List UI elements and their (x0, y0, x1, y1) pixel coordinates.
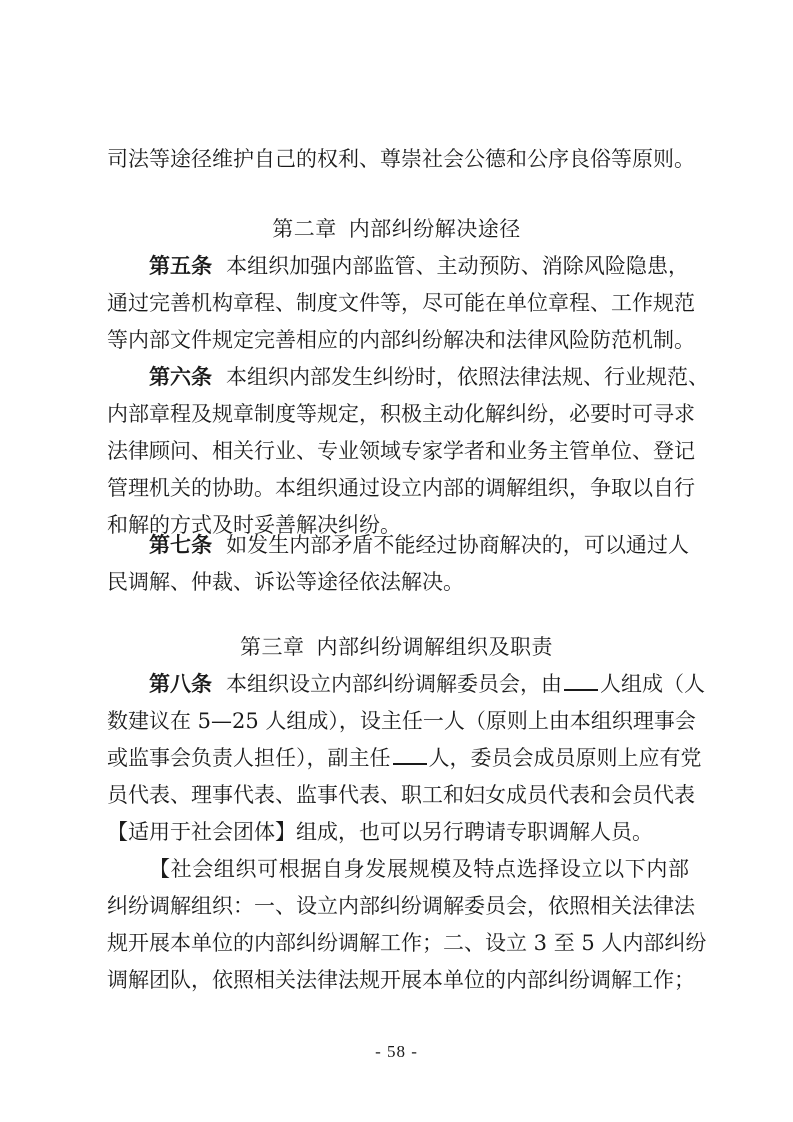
article-6-line-2: 内部章程及规章制度等规定，积极主动化解纠纷，必要时可寻求 (107, 396, 689, 433)
chapter-heading-2: 第二章内部纠纷解决途径 (0, 211, 793, 248)
article-8-line-2: 数建议在 5—25 人组成），设主任一人（原则上由本组织理事会 (107, 703, 689, 740)
note-line-2: 纠纷调解组织：一、设立内部纠纷调解委员会，依照相关法律法 (107, 888, 689, 925)
article-label: 第八条 (149, 672, 212, 696)
article-5-line-2: 通过完善机构章程、制度文件等，尽可能在单位章程、工作规范 (107, 285, 689, 322)
chapter-heading-3: 第三章内部纠纷调解组织及职责 (0, 629, 793, 666)
article-6-line-1: 第六条本组织内部发生纠纷时，依照法律法规、行业规范、 (149, 359, 689, 396)
article-7-line-1: 第七条如发生内部矛盾不能经过协商解决的，可以通过人 (149, 527, 689, 564)
article-8-line-5: 【适用于社会团体】组成，也可以另行聘请专职调解人员。 (107, 814, 689, 851)
article-label: 第五条 (149, 254, 212, 278)
article-5-line-3: 等内部文件规定完善相应的内部纠纷解决和法律风险防范机制。 (107, 322, 689, 359)
chapter-number: 第三章 (240, 635, 305, 659)
note-line-3: 规开展本单位的内部纠纷调解工作；二、设立 3 至 5 人内部纠纷 (107, 925, 689, 962)
note-line-4: 调解团队，依照相关法律法规开展本单位的内部纠纷调解工作； (107, 962, 689, 999)
article-8-line-4: 员代表、理事代表、监事代表、职工和妇女成员代表和会员代表 (107, 777, 689, 814)
continuation-paragraph-line: 司法等途径维护自己的权利、尊崇社会公德和公序良俗等原则。 (107, 141, 689, 178)
article-8-line-1: 第八条本组织设立内部纠纷调解委员会，由人组成（人 (149, 666, 689, 703)
article-5-line-1: 第五条本组织加强内部监管、主动预防、消除风险隐患， (149, 248, 689, 285)
article-7-line-2: 民调解、仲裁、诉讼等途径依法解决。 (107, 564, 689, 601)
article-6-line-3: 法律顾问、相关行业、专业领域专家学者和业务主管单位、登记 (107, 433, 689, 470)
chapter-title: 内部纠纷调解组织及职责 (317, 635, 554, 659)
chapter-number: 第二章 (272, 217, 337, 241)
member-count-blank (564, 667, 598, 691)
vice-director-count-blank (393, 741, 427, 765)
article-label: 第六条 (149, 365, 212, 389)
article-8-line-3: 或监事会负责人担任），副主任人，委员会成员原则上应有党 (107, 740, 689, 777)
chapter-title: 内部纠纷解决途径 (349, 217, 521, 241)
article-6-line-4: 管理机关的协助。本组织通过设立内部的调解组织，争取以自行 (107, 470, 689, 507)
article-label: 第七条 (149, 533, 212, 557)
note-line-1: 【社会组织可根据自身发展规模及特点选择设立以下内部 (149, 851, 689, 888)
page-number: - 58 - (0, 1042, 793, 1062)
document-page: 司法等途径维护自己的权利、尊崇社会公德和公序良俗等原则。 第二章内部纠纷解决途径… (0, 0, 793, 1122)
